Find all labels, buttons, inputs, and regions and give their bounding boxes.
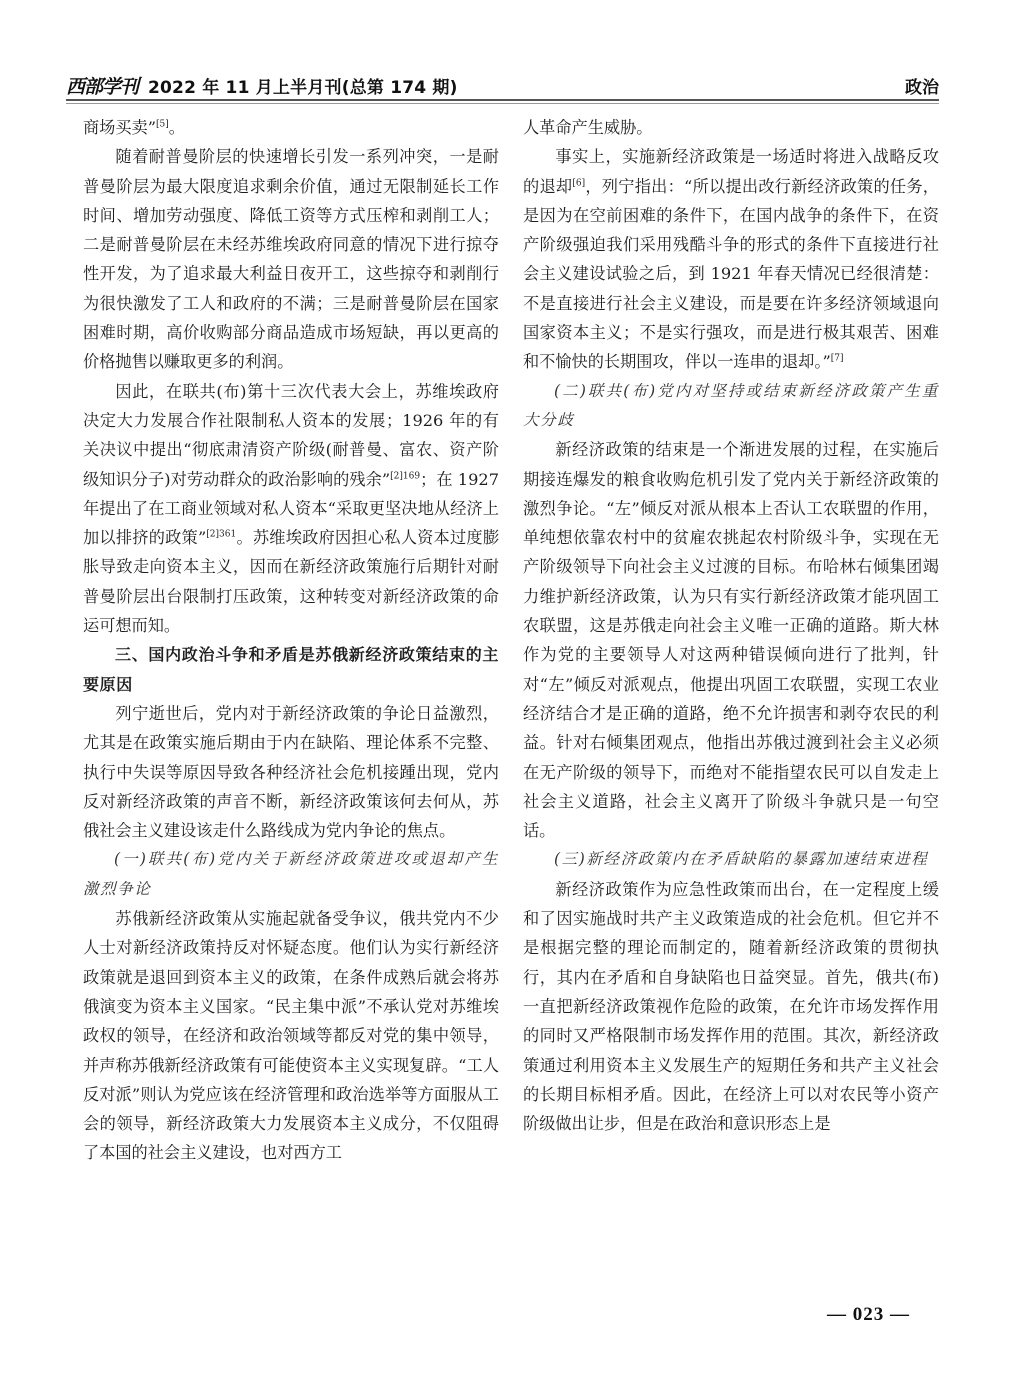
paragraph: 新经济政策的结束是一个渐进发展的过程，在实施后期接连爆发的粮食收购危机引发了党内… (523, 435, 939, 845)
paragraph: 列宁逝世后，党内对于新经济政策的争论日益激烈，尤其是在政策实施后期由于内在缺陷、… (83, 699, 499, 845)
paragraph: 事实上，实施新经济政策是一场适时将进入战略反攻的退却[6]，列宁指出：“所以提出… (523, 142, 939, 376)
subsection-heading: (三)新经济政策内在矛盾缺陷的暴露加速结束进程 (523, 845, 939, 874)
citation-ref: [5] (156, 120, 169, 130)
header-rule-thick (66, 99, 939, 101)
paragraph-text: ，列宁指出：“所以提出改行新经济政策的任务，是因为在空前困难的条件下，在国内战争… (523, 177, 939, 372)
citation-ref: [6] (572, 178, 585, 188)
paragraph-text: 。 (169, 118, 185, 137)
paragraph: 苏俄新经济政策从实施起就备受争议，俄共党内不少人士对新经济政策持反对怀疑态度。他… (83, 904, 499, 1168)
journal-logo: 西部学刊 (66, 72, 138, 99)
paragraph: 因此，在联共(布)第十三次代表大会上，苏维埃政府决定大力发展合作社限制私人资本的… (83, 377, 499, 641)
citation-ref: [2]361 (206, 530, 236, 540)
section-name: 政治 (905, 73, 939, 98)
subsection-heading: (二)联共(布)党内对坚持或结束新经济政策产生重大分歧 (523, 377, 939, 436)
section-heading: 三、国内政治斗争和矛盾是苏俄新经济政策结束的主要原因 (83, 640, 499, 699)
page-number: — 023 — (827, 1304, 910, 1326)
right-column: 人革命产生威胁。 事实上，实施新经济政策是一场适时将进入战略反攻的退却[6]，列… (523, 113, 939, 1138)
paragraph: 随着耐普曼阶层的快速增长引发一系列冲突，一是耐普曼阶层为最大限度追求剩余价值，通… (83, 142, 499, 376)
header-rule-thin (66, 103, 939, 104)
citation-ref: [2]169 (390, 471, 420, 481)
subsection-heading: (一)联共(布)党内关于新经济政策进攻或退却产生激烈争论 (83, 845, 499, 904)
citation-ref: [7] (831, 354, 844, 364)
paragraph: 人革命产生威胁。 (523, 113, 939, 142)
running-header: 西部学刊 2022 年 11 月上半月刊(总第 174 期) 政治 (66, 70, 939, 100)
paragraph: 新经济政策作为应急性政策而出台，在一定程度上缓和了因实施战时共产主义政策造成的社… (523, 875, 939, 1139)
paragraph: 商场买卖”[5]。 (83, 113, 499, 142)
left-column: 商场买卖”[5]。 随着耐普曼阶层的快速增长引发一系列冲突，一是耐普曼阶层为最大… (83, 113, 499, 1168)
journal-issue: 2022 年 11 月上半月刊(总第 174 期) (148, 73, 458, 98)
paragraph-text: 商场买卖” (83, 118, 156, 137)
